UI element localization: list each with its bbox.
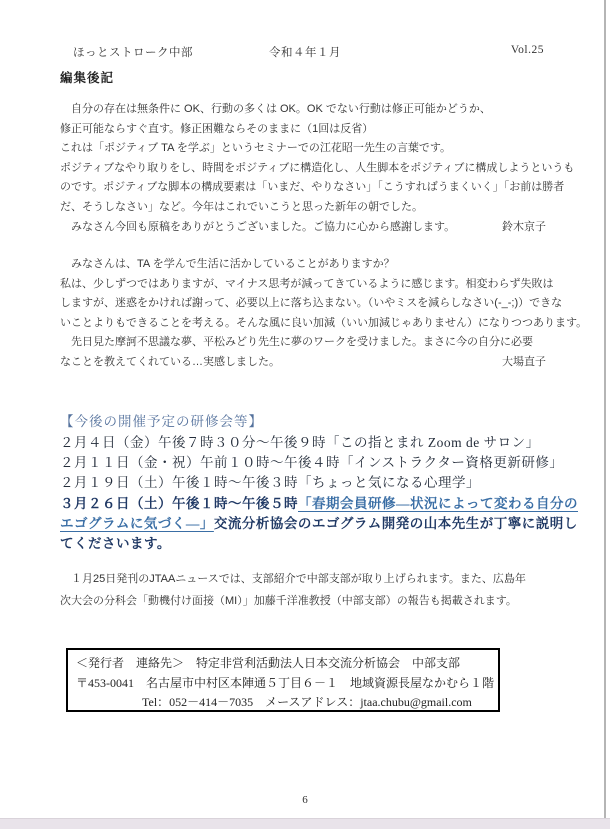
page-bottom-edge <box>0 818 610 829</box>
paragraph-line: みなさん今回も原稿をありがとうございました。ご協力に心から感謝します。 <box>60 218 455 238</box>
paragraph-line: これは「ポジティブ TA を学ぶ」というセミナーでの江花昭一先生の言葉です。 <box>60 139 556 159</box>
seminar-link[interactable]: エゴグラムに気づく―」 <box>60 516 214 531</box>
address-line: 〒453-0041 名古屋市中村区本陣通５丁目６－１ 地域資源長屋なかむら１階 <box>76 674 498 694</box>
page-number: 6 <box>0 794 610 806</box>
paragraph-line-with-signature: みなさん今回も原稿をありがとうございました。ご協力に心から感謝します。 鈴木京子 <box>60 218 556 238</box>
publisher-box: ＜発行者 連絡先＞ 特定非営利活動法人日本交流分析協会 中部支部 〒453-00… <box>66 648 500 712</box>
paragraph-line: 先日見た摩訶不思議な夢、平松みどり先生に夢のワークを受けました。まさに今の自分に… <box>60 333 556 353</box>
signature-oba: 大場直子 <box>502 353 556 373</box>
seminar-link[interactable]: 「春期会員研修―状況によって変わる自分の <box>298 496 578 511</box>
editorial-paragraph-2: みなさんは、TA を学んで生活に活かしていることがありますか？ 私は、少しずつで… <box>60 255 556 373</box>
page-right-edge <box>604 0 606 819</box>
signature-suzuki: 鈴木京子 <box>502 218 556 238</box>
paragraph-line: １月25日発刊のJTAAニュースでは、支部紹介で中部支部が取り上げられます。また… <box>60 569 560 591</box>
editorial-heading: 編集後記 <box>60 68 114 86</box>
seminar-date: ３月２６日（土）午後１時～午後５時 <box>60 496 298 511</box>
editorial-paragraph-1: 自分の存在は無条件に OK、行動の多くは OK。OK でない行動は修正可能かどう… <box>60 100 556 237</box>
seminar-description: 交流分析協会のエゴグラム開発の山本先生が丁寧に説明し <box>214 516 578 531</box>
seminar-description: てくださいます。 <box>60 534 560 554</box>
paragraph-line: みなさんは、TA を学んで生活に活かしていることがありますか？ <box>60 255 556 275</box>
schedule-item: ２月１１日（金・祝）午前１０時～午後４時「インストラクター資格更新研修」 <box>60 453 560 473</box>
paragraph-line: しますが、迷惑をかければ謝って、必要以上に落ち込まない。（いやミスを減らしなさい… <box>60 294 556 314</box>
schedule-item-highlight: エゴグラムに気づく―」交流分析協会のエゴグラム開発の山本先生が丁寧に説明し <box>60 514 560 534</box>
schedule-item: ２月１９日（土）午後１時～午後３時「ちょっと気になる心理学」 <box>60 473 560 493</box>
document-page: ほっとストローク中部 令和４年１月 Vol.25 編集後記 自分の存在は無条件に… <box>0 0 610 829</box>
schedule-heading: 【今後の開催予定の研修会等】 <box>60 410 263 430</box>
paragraph-line: 修正可能ならすぐ直す。修正困難ならそのままに（1回は反省） <box>60 120 556 140</box>
paragraph-line: のです。ポジティブな脚本の構成要素は「いまだ、やりなさい」「こうすればうまくいく… <box>60 178 556 198</box>
volume-label: Vol.25 <box>511 44 544 56</box>
paragraph-line: 次大会の分科会「動機付け面接（MI）」加藤千洋准教授（中部支部）の報告も掲載され… <box>60 591 560 613</box>
paragraph-line: ポジティブなやり取りをし、時間をポジティブに構造化し、人生脚本をポジティブに構成… <box>60 159 556 179</box>
paragraph-line: 私は、少しずつではありますが、マイナス思考が減ってきているように感じます。相変わ… <box>60 275 556 295</box>
paragraph-line: なことを教えてくれている…実感しました。 <box>60 353 280 373</box>
schedule-item-highlight: ３月２６日（土）午後１時～午後５時「春期会員研修―状況によって変わる自分の <box>60 494 560 514</box>
paragraph-line: いことよりもできることを考える。そんな風に良い加減（いい加減じゃありません）にな… <box>60 314 556 334</box>
contact-line: Tel：052－414－7035 メースアドレス：jtaa.chubu@gmai… <box>76 693 498 713</box>
schedule-item: ２月４日（金）午後７時３０分～午後９時「この指とまれ Zoom de サロン」 <box>60 433 560 453</box>
paragraph-line: 自分の存在は無条件に OK、行動の多くは OK。OK でない行動は修正可能かどう… <box>60 100 556 120</box>
publisher-line: ＜発行者 連絡先＞ 特定非営利活動法人日本交流分析協会 中部支部 <box>76 654 498 674</box>
paragraph-line: だ、そうしなさい」など。今年はこれでいこうと思った新年の朝でした。 <box>60 198 556 218</box>
news-paragraph: １月25日発刊のJTAAニュースでは、支部紹介で中部支部が取り上げられます。また… <box>60 569 560 612</box>
schedule-list: ２月４日（金）午後７時３０分～午後９時「この指とまれ Zoom de サロン」 … <box>60 433 560 554</box>
paragraph-line-with-signature: なことを教えてくれている…実感しました。 大場直子 <box>60 353 556 373</box>
